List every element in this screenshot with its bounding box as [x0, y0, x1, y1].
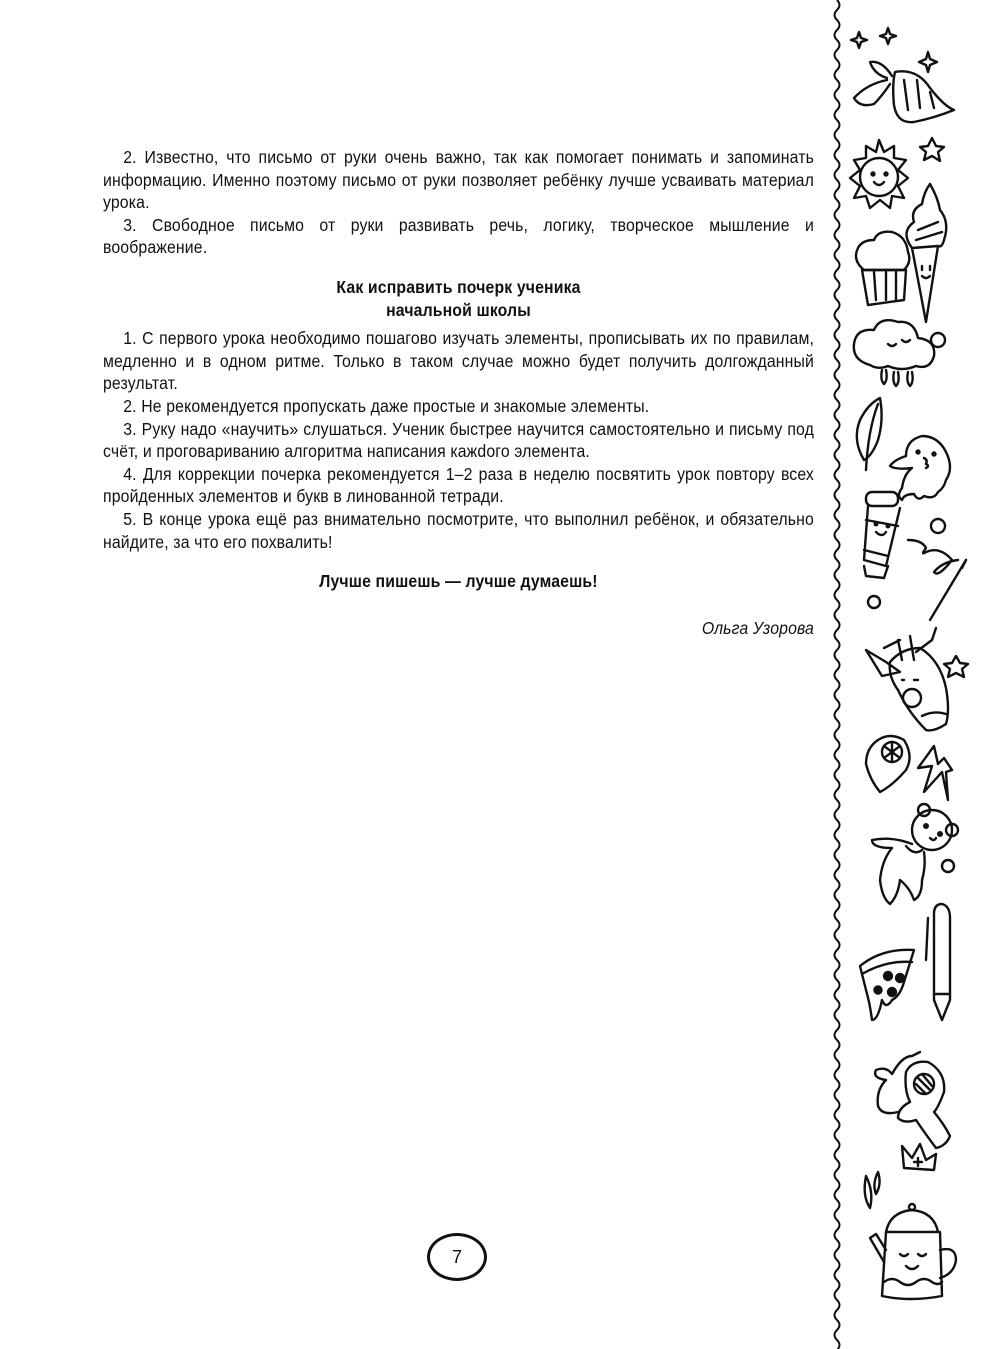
page-body: 2. Известно, что письмо от руки очень ва…: [103, 146, 814, 639]
motto: Лучше пишешь — лучше думаешь!: [103, 570, 814, 593]
rain-cloud-icon: [854, 320, 934, 386]
doodle-column: [842, 0, 1000, 1349]
lemon-icon: [866, 736, 910, 792]
author-signature: Ольга Узорова: [103, 617, 814, 640]
pizza-slice-icon: [860, 950, 914, 1020]
section-heading: Как исправить почерк ученика начальной ш…: [103, 276, 814, 321]
paragraph-point-3: 3. Свободное письмо от руки развивать ре…: [103, 214, 814, 259]
sparkle-icon: [851, 28, 937, 72]
beet-icon: [854, 62, 954, 122]
bubble-icon: [931, 333, 945, 347]
page-number: 7: [427, 1233, 487, 1281]
book-page: 2. Известно, что письмо от руки очень ва…: [0, 0, 1000, 1349]
leaf-icon: [857, 398, 882, 470]
bubble-icon: [931, 519, 945, 533]
page-number-text: 7: [452, 1247, 462, 1268]
bubble-icon: [942, 860, 954, 872]
drops-icon: [865, 1172, 880, 1208]
ice-cream-icon: [906, 184, 946, 322]
paint-tube-icon: [864, 492, 900, 578]
pen-icon: [926, 904, 950, 1020]
paragraph-point-2: 2. Известно, что письмо от руки очень ва…: [103, 146, 814, 214]
tip-2: 2. Не рекомендуется пропускать даже прос…: [103, 395, 814, 418]
tip-4: 4. Для коррекции почерка рекомендуется 1…: [103, 463, 814, 508]
sun-icon: [850, 140, 908, 208]
tip-5: 5. В конце урока ещё раз внимательно пос…: [103, 508, 814, 553]
cupcake-icon: [856, 232, 909, 305]
section-heading-line-2: начальной школы: [103, 299, 814, 322]
section-heading-line-1: Как исправить почерк ученика: [103, 276, 814, 299]
star-icon: [944, 656, 968, 677]
crown-icon: [902, 1144, 936, 1170]
rocket-icon: [866, 628, 948, 730]
hair-dryer-icon: [875, 1052, 950, 1148]
needle-thread-icon: [908, 540, 966, 620]
teapot-icon: [870, 1204, 956, 1299]
tip-3: 3. Руку надо «научить» слушаться. Ученик…: [103, 418, 814, 463]
teddy-bear-icon: [872, 804, 958, 904]
octopus-icon: [890, 436, 950, 500]
bubble-icon: [868, 596, 880, 608]
tip-1: 1. С первого урока необходимо пошагово и…: [103, 327, 814, 395]
star-icon: [920, 138, 944, 161]
lightning-icon: [918, 746, 952, 800]
